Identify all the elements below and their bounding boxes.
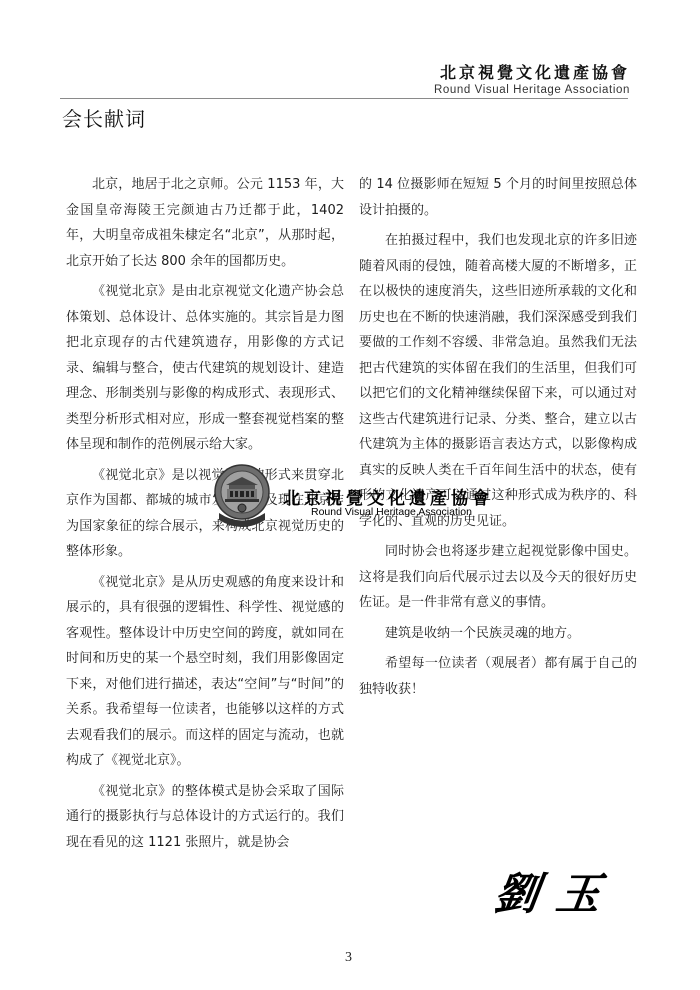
header-org-name-en: Round Visual Heritage Association	[430, 83, 630, 97]
header-block: 北京視覺文化遺產協會 Round Visual Heritage Associa…	[430, 64, 630, 97]
left-column: 北京，地居于北之京师。公元 1153 年，大金国皇帝海陵王完颜迪古乃迁都于此，1…	[66, 172, 344, 855]
paragraph: 希望每一位读者（观展者）都有属于自己的独特收获！	[359, 651, 637, 702]
paragraph: 《视觉北京》是以视觉展示的形式来贯穿北京作为国都、都城的城市发展史以及现在北京作…	[66, 463, 344, 565]
page-number: 3	[345, 950, 352, 966]
header-rule	[60, 98, 628, 99]
paragraph: 北京，地居于北之京师。公元 1153 年，大金国皇帝海陵王完颜迪古乃迁都于此，1…	[66, 172, 344, 274]
signature: 劉玉	[491, 858, 624, 922]
paragraph: 《视觉北京》是由北京视觉文化遗产协会总体策划、总体设计、总体实施的。其宗旨是力图…	[66, 279, 344, 458]
paragraph: 的 14 位摄影师在短短 5 个月的时间里按照总体设计拍摄的。	[359, 172, 637, 223]
right-column: 的 14 位摄影师在短短 5 个月的时间里按照总体设计拍摄的。 在拍摄过程中，我…	[359, 172, 637, 702]
header-org-name-cn: 北京視覺文化遺產協會	[430, 64, 630, 82]
paragraph: 《视觉北京》是从历史观感的角度来设计和展示的，具有很强的逻辑性、科学性、视觉感的…	[66, 570, 344, 774]
page-title: 会长献词	[62, 103, 146, 132]
paragraph: 建筑是收纳一个民族灵魂的地方。	[359, 621, 637, 647]
paragraph: 《视觉北京》的整体模式是协会采取了国际通行的摄影执行与总体设计的方式运行的。我们…	[66, 779, 344, 856]
paragraph: 同时协会也将逐步建立起视觉影像中国史。这将是我们向后代展示过去以及今天的很好历史…	[359, 539, 637, 616]
paragraph: 在拍摄过程中，我们也发现北京的许多旧迹随着风雨的侵蚀，随着高楼大厦的不断增多，正…	[359, 228, 637, 534]
